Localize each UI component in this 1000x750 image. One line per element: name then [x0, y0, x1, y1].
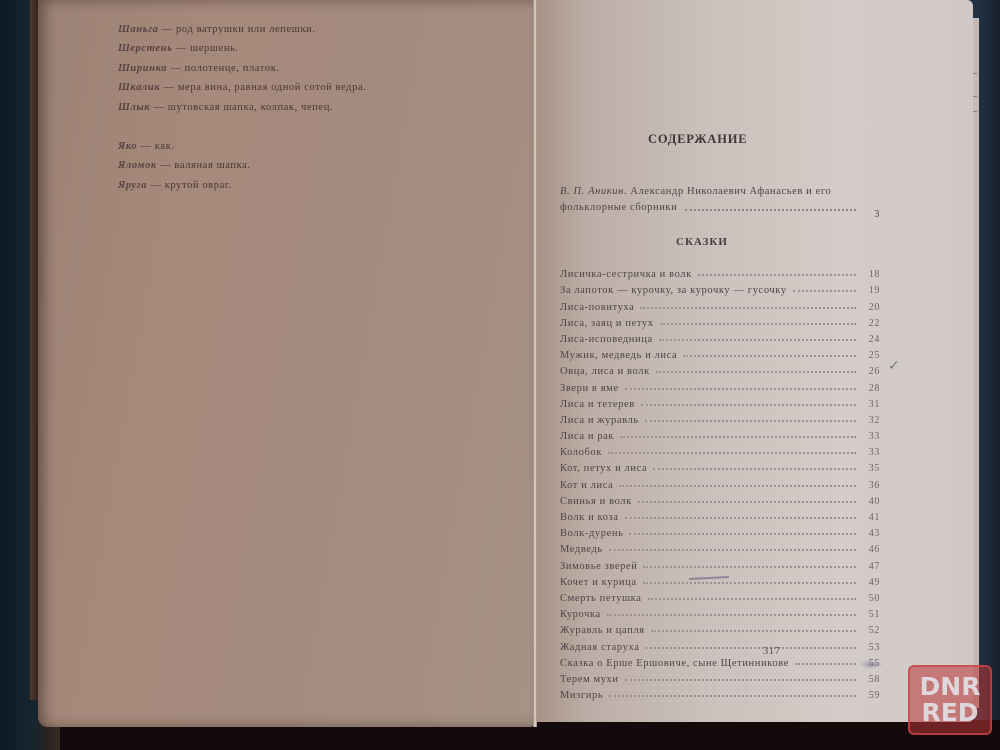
- toc-entry: Звери в яме28: [560, 377, 880, 393]
- leader-dots: [608, 452, 856, 454]
- glossary-definition: валяная шапка.: [174, 160, 250, 171]
- toc-entry: Лиса-повитуха20: [560, 296, 880, 312]
- dash: —: [140, 141, 151, 152]
- toc-entry: Кочет и курица49: [560, 572, 880, 588]
- toc-entry: Лиса и рак33: [560, 426, 880, 442]
- toc-entry-page: 24: [862, 334, 880, 345]
- toc-entry-page: 55: [862, 658, 880, 669]
- toc-entry-page: 58: [862, 674, 880, 685]
- toc-entry-page: 25: [862, 350, 880, 361]
- toc-entry: Свинья и волк40: [560, 491, 880, 507]
- leader-dots: [607, 614, 856, 616]
- leader-dots: [643, 582, 856, 584]
- toc-entry: Лиса и журавль32: [560, 410, 880, 426]
- dash: —: [176, 43, 187, 54]
- glossary-entry: Яруга — крутой овраг.: [118, 176, 366, 195]
- toc-entry-page: 51: [862, 609, 880, 620]
- toc-entry: Лисичка-сестричка и волк18: [560, 264, 880, 280]
- leader-dots: [625, 679, 856, 681]
- leader-dots: [640, 307, 856, 309]
- toc-entry-page: 49: [862, 577, 880, 588]
- glossary-entry: Яко — как.: [118, 137, 366, 156]
- toc-entry-title: Кочет и курица: [560, 577, 637, 588]
- glossary-definition: род ватрушки или лепешки.: [176, 24, 316, 35]
- toc-entry-title: Мужик, медведь и лиса: [560, 350, 677, 361]
- toc-entry: Сказка о Ерше Ершовиче, сыне Щетинникове…: [560, 653, 880, 669]
- leader-dots: [643, 566, 856, 568]
- toc-entry-title: Лиса, заяц и петух: [560, 318, 654, 329]
- toc-entry-page: 22: [862, 318, 880, 329]
- toc-entry-title: Журавль и цапля: [560, 625, 645, 636]
- leader-dots: [698, 274, 856, 276]
- leader-dots: [625, 388, 856, 390]
- toc-entry-title: Лиса и тетерев: [560, 399, 635, 410]
- toc-entry-title: Сказка о Ерше Ершовиче, сыне Щетинникове: [560, 658, 789, 669]
- toc-entry-page: 52: [862, 625, 880, 636]
- glossary-gap: [118, 117, 366, 137]
- toc-list: Лисичка-сестричка и волк18За лапоток — к…: [560, 264, 880, 701]
- section-heading: СКАЗКИ: [676, 236, 728, 248]
- intro-page: 3: [860, 207, 880, 223]
- toc-entry-page: 32: [862, 415, 880, 426]
- leader-dots: [641, 404, 856, 406]
- toc-entry-title: Лиса-повитуха: [560, 302, 634, 313]
- toc-entry-page: 43: [862, 528, 880, 539]
- dash: —: [160, 160, 171, 171]
- glossary-entry: Ширинка — полотенце, платок.: [118, 59, 366, 78]
- glossary-definition: полотенце, платок.: [185, 63, 280, 74]
- toc-entry-page: 26: [862, 366, 880, 377]
- page-number: 317: [763, 646, 781, 657]
- toc-entry: Зимовье зверей47: [560, 555, 880, 571]
- toc-entry-title: Кот и лиса: [560, 480, 613, 491]
- toc-title: СОДЕРЖАНИЕ: [648, 132, 747, 147]
- dash: —: [162, 24, 173, 35]
- toc-entry-page: 19: [862, 285, 880, 296]
- toc-entry: Терем мухи58: [560, 669, 880, 685]
- glossary: Шаньга — род ватрушки или лепешки.Шерсте…: [118, 20, 366, 195]
- glossary-definition: шершень.: [190, 43, 239, 54]
- glossary-entry: Яломок — валяная шапка.: [118, 156, 366, 175]
- intro-author: В. П. Аникин.: [560, 186, 627, 197]
- toc-entry-page: 33: [862, 431, 880, 442]
- toc-entry-title: Терем мухи: [560, 674, 619, 685]
- leader-dots: [793, 290, 856, 292]
- leader-dots: [648, 598, 857, 600]
- glossary-entry: Шлык — шутовская шапка, колпак, чепец.: [118, 98, 366, 117]
- leader-dots: [659, 339, 856, 341]
- leader-dots: [619, 485, 856, 487]
- toc-entry: Мужик, медведь и лиса25: [560, 345, 880, 361]
- glossary-entry: Шерстень — шершень.: [118, 39, 366, 58]
- toc-entry-title: Лиса и рак: [560, 431, 614, 442]
- toc-entry-page: 18: [862, 269, 880, 280]
- leader-dots: [645, 647, 856, 649]
- toc-entry-page: 59: [862, 690, 880, 701]
- toc-entry: Жадная старуха53: [560, 636, 880, 652]
- leader-dots: [651, 630, 856, 632]
- toc-entry-title: Свинья и волк: [560, 496, 632, 507]
- leader-dots: [685, 200, 856, 211]
- glossary-definition: шутовская шапка, колпак, чепец.: [168, 102, 333, 113]
- watermark-logo: DNR RED: [908, 665, 992, 735]
- toc-entry-page: 53: [862, 642, 880, 653]
- toc-entry-page: 50: [862, 593, 880, 604]
- toc-entry-page: 33: [862, 447, 880, 458]
- checkmark-icon: ✓: [888, 358, 900, 375]
- toc-intro-entry: В. П. Аникин. Александр Николаевич Афана…: [560, 184, 880, 216]
- leader-dots: [625, 517, 856, 519]
- glossary-term: Яко: [118, 141, 137, 152]
- leader-dots: [656, 371, 856, 373]
- toc-entry-page: 40: [862, 496, 880, 507]
- glossary-term: Шкалик: [118, 82, 160, 93]
- toc-entry: Мизгирь59: [560, 685, 880, 701]
- leader-dots: [638, 501, 856, 503]
- glossary-entry: Шаньга — род ватрушки или лепешки.: [118, 20, 366, 39]
- toc-entry-title: Волк и коза: [560, 512, 619, 523]
- toc-entry: Курочка51: [560, 604, 880, 620]
- leader-dots: [683, 355, 856, 357]
- dash: —: [170, 63, 181, 74]
- toc-entry-title: Лиса и журавль: [560, 415, 639, 426]
- glossary-definition: мера вина, равная одной сотой ведра.: [178, 82, 367, 93]
- toc-entry: Волк-дурень43: [560, 523, 880, 539]
- leader-dots: [645, 420, 856, 422]
- toc-entry: Волк и коза41: [560, 507, 880, 523]
- leader-dots: [660, 323, 856, 325]
- intro-title-line2: фольклорные сборники: [560, 200, 677, 216]
- toc-entry: Овца, лиса и волк26: [560, 361, 880, 377]
- toc-entry-title: Мизгирь: [560, 690, 603, 701]
- toc-entry-title: Смерть петушка: [560, 593, 642, 604]
- dash: —: [150, 180, 161, 191]
- leader-dots: [653, 468, 856, 470]
- toc-entry: Лиса и тетерев31: [560, 394, 880, 410]
- glossary-term: Яруга: [118, 180, 147, 191]
- book-spine: [533, 0, 537, 727]
- toc-entry-title: Волк-дурень: [560, 528, 623, 539]
- toc-entry: Кот и лиса36: [560, 474, 880, 490]
- toc-entry: Кот, петух и лиса35: [560, 458, 880, 474]
- toc-entry-title: Жадная старуха: [560, 642, 639, 653]
- toc-entry-page: 31: [862, 399, 880, 410]
- leader-dots: [795, 663, 856, 665]
- leader-dots: [629, 533, 856, 535]
- toc-entry: За лапоток — курочку, за курочку — гусоч…: [560, 280, 880, 296]
- glossary-entry: Шкалик — мера вина, равная одной сотой в…: [118, 78, 366, 97]
- glossary-definition: крутой овраг.: [165, 180, 232, 191]
- glossary-term: Ширинка: [118, 63, 167, 74]
- toc-entry-page: 28: [862, 383, 880, 394]
- toc-entry-title: Лисичка-сестричка и волк: [560, 269, 692, 280]
- toc-entry-title: За лапоток — курочку, за курочку — гусоч…: [560, 285, 787, 296]
- glossary-definition: как.: [155, 141, 175, 152]
- toc-entry: Лиса-исповедница24: [560, 329, 880, 345]
- toc-entry-page: 36: [862, 480, 880, 491]
- dash: —: [164, 82, 175, 93]
- toc-entry-title: Лиса-исповедница: [560, 334, 653, 345]
- toc-entry-page: 41: [862, 512, 880, 523]
- toc-entry-page: 20: [862, 302, 880, 313]
- toc-entry-title: Медведь: [560, 544, 603, 555]
- glossary-term: Яломок: [118, 160, 157, 171]
- leader-dots: [609, 549, 856, 551]
- toc-entry-title: Зимовье зверей: [560, 561, 637, 572]
- toc-entry-page: 46: [862, 544, 880, 555]
- toc-entry-title: Овца, лиса и волк: [560, 366, 650, 377]
- toc-entry-title: Курочка: [560, 609, 601, 620]
- toc-entry: Журавль и цапля52: [560, 620, 880, 636]
- watermark-line1: DNR: [920, 674, 981, 700]
- dash: —: [153, 102, 164, 113]
- toc-entry-page: 47: [862, 561, 880, 572]
- toc-entry-title: Колобок: [560, 447, 602, 458]
- toc-entry-title: Кот, петух и лиса: [560, 463, 647, 474]
- leader-dots: [620, 436, 856, 438]
- toc-entry: Колобок33: [560, 442, 880, 458]
- intro-title-line1: Александр Николаевич Афанасьев и его: [630, 186, 831, 197]
- toc-entry: Медведь46: [560, 539, 880, 555]
- watermark-line2: RED: [921, 700, 978, 726]
- leader-dots: [609, 695, 856, 697]
- toc-entry-page: 35: [862, 463, 880, 474]
- glossary-term: Шлык: [118, 102, 150, 113]
- glossary-term: Шерстень: [118, 43, 173, 54]
- toc-entry: Лиса, заяц и петух22: [560, 313, 880, 329]
- toc-entry: Смерть петушка50: [560, 588, 880, 604]
- toc-entry-title: Звери в яме: [560, 383, 619, 394]
- glossary-term: Шаньга: [118, 24, 158, 35]
